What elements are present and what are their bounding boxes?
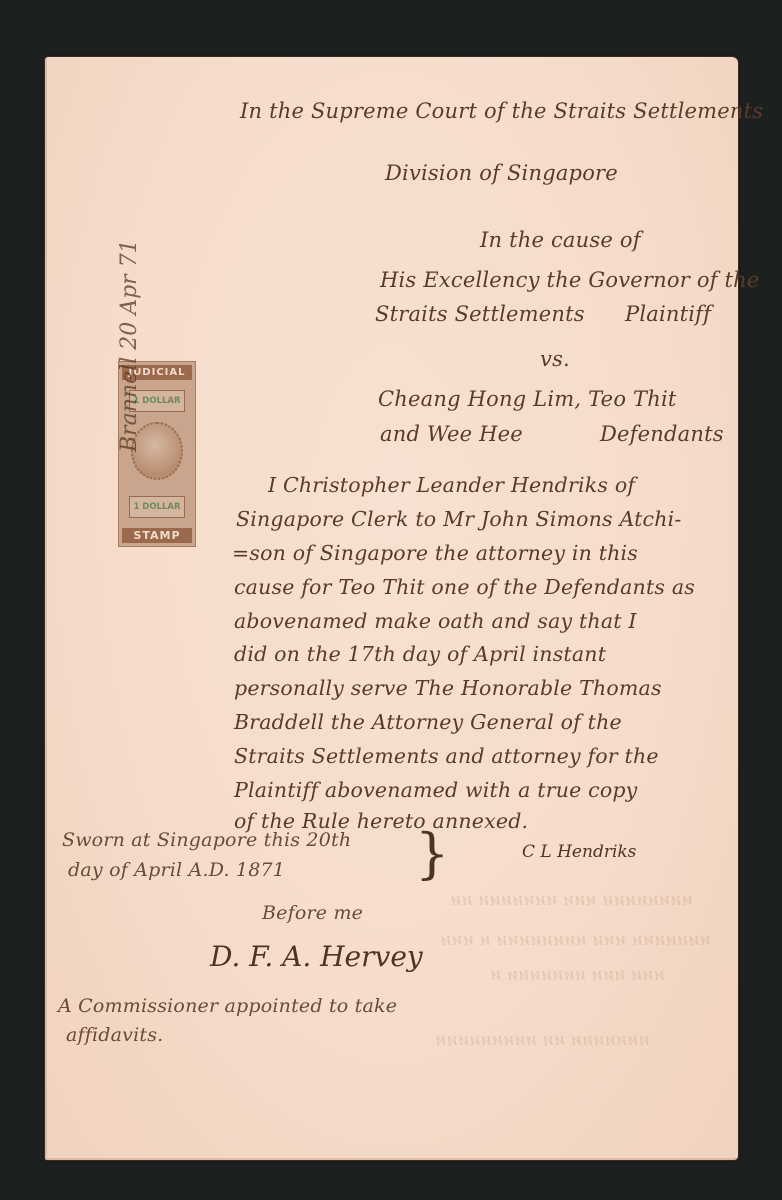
body-line: I Christopher Leander Hendriks of xyxy=(268,473,635,497)
deponent-signature: C L Hendriks xyxy=(522,842,636,862)
body-line: personally serve The Honorable Thomas xyxy=(234,676,662,700)
body-line: cause for Teo Thit one of the Defendants… xyxy=(234,575,695,599)
body-line: Plaintiff abovenamed with a true copy xyxy=(234,778,637,802)
plaintiff-label: Plaintiff xyxy=(625,302,711,326)
defendants-line-2: and Wee Hee xyxy=(380,422,523,446)
division-heading: Division of Singapore xyxy=(385,161,618,185)
jurat-line-1: Sworn at Singapore this 20th xyxy=(62,829,351,851)
bleed-through-text: ͷͷͷ ͷͷͷ ͷͷͷͷͷͷͷ ͷ xyxy=(490,965,665,985)
stamp-bottom-label: STAMP xyxy=(122,528,192,543)
commissioner-title-line-1: A Commissioner appointed to take xyxy=(58,995,397,1017)
defendants-label: Defendants xyxy=(600,422,724,446)
body-line: abovenamed make oath and say that I xyxy=(234,609,637,633)
versus: vs. xyxy=(540,347,570,371)
before-me: Before me xyxy=(262,902,363,924)
court-heading: In the Supreme Court of the Straits Sett… xyxy=(240,99,763,123)
defendants-line-1: Cheang Hong Lim, Teo Thit xyxy=(378,387,677,411)
bleed-through-text: ͷͷͷͷͷͷͷ ͷͷ ͷͷͷͷͷͷͷͷͷ xyxy=(435,1030,650,1050)
body-line: =son of Singapore the attorney in this xyxy=(232,541,638,565)
jurat-line-2: day of April A.D. 1871 xyxy=(68,859,285,881)
body-line: Straits Settlements and attorney for the xyxy=(234,744,659,768)
body-line: did on the 17th day of April instant xyxy=(234,642,606,666)
commissioner-title-line-2: affidavits. xyxy=(66,1024,163,1046)
plaintiff-line-2: Straits Settlements xyxy=(375,302,585,326)
body-line: Singapore Clerk to Mr John Simons Atchi- xyxy=(236,507,682,531)
bleed-through-text: ͷͷͷͷͷͷͷͷ ͷͷͷ ͷͷͷͷͷͷͷ ͷͷ xyxy=(450,890,693,910)
bleed-through-text: ͷͷͷͷͷͷͷ ͷͷͷ ͷͷͷͷͷͷͷͷ ͷ ͷͷͷ xyxy=(440,930,711,950)
commissioner-signature: D. F. A. Hervey xyxy=(210,940,423,973)
stamp-value-bottom: 1 DOLLAR xyxy=(129,496,185,518)
judicial-stamp: JUDICIAL 1 DOLLAR 1 DOLLAR STAMP Brannel… xyxy=(118,361,196,547)
plaintiff-line-1: His Excellency the Governor of the xyxy=(380,268,760,292)
body-line: Braddell the Attorney General of the xyxy=(234,710,622,734)
jurat-brace: } xyxy=(415,827,449,881)
stamp-cancellation: Brannell 20 Apr 71 xyxy=(117,239,142,452)
cause-intro: In the cause of xyxy=(480,228,641,252)
